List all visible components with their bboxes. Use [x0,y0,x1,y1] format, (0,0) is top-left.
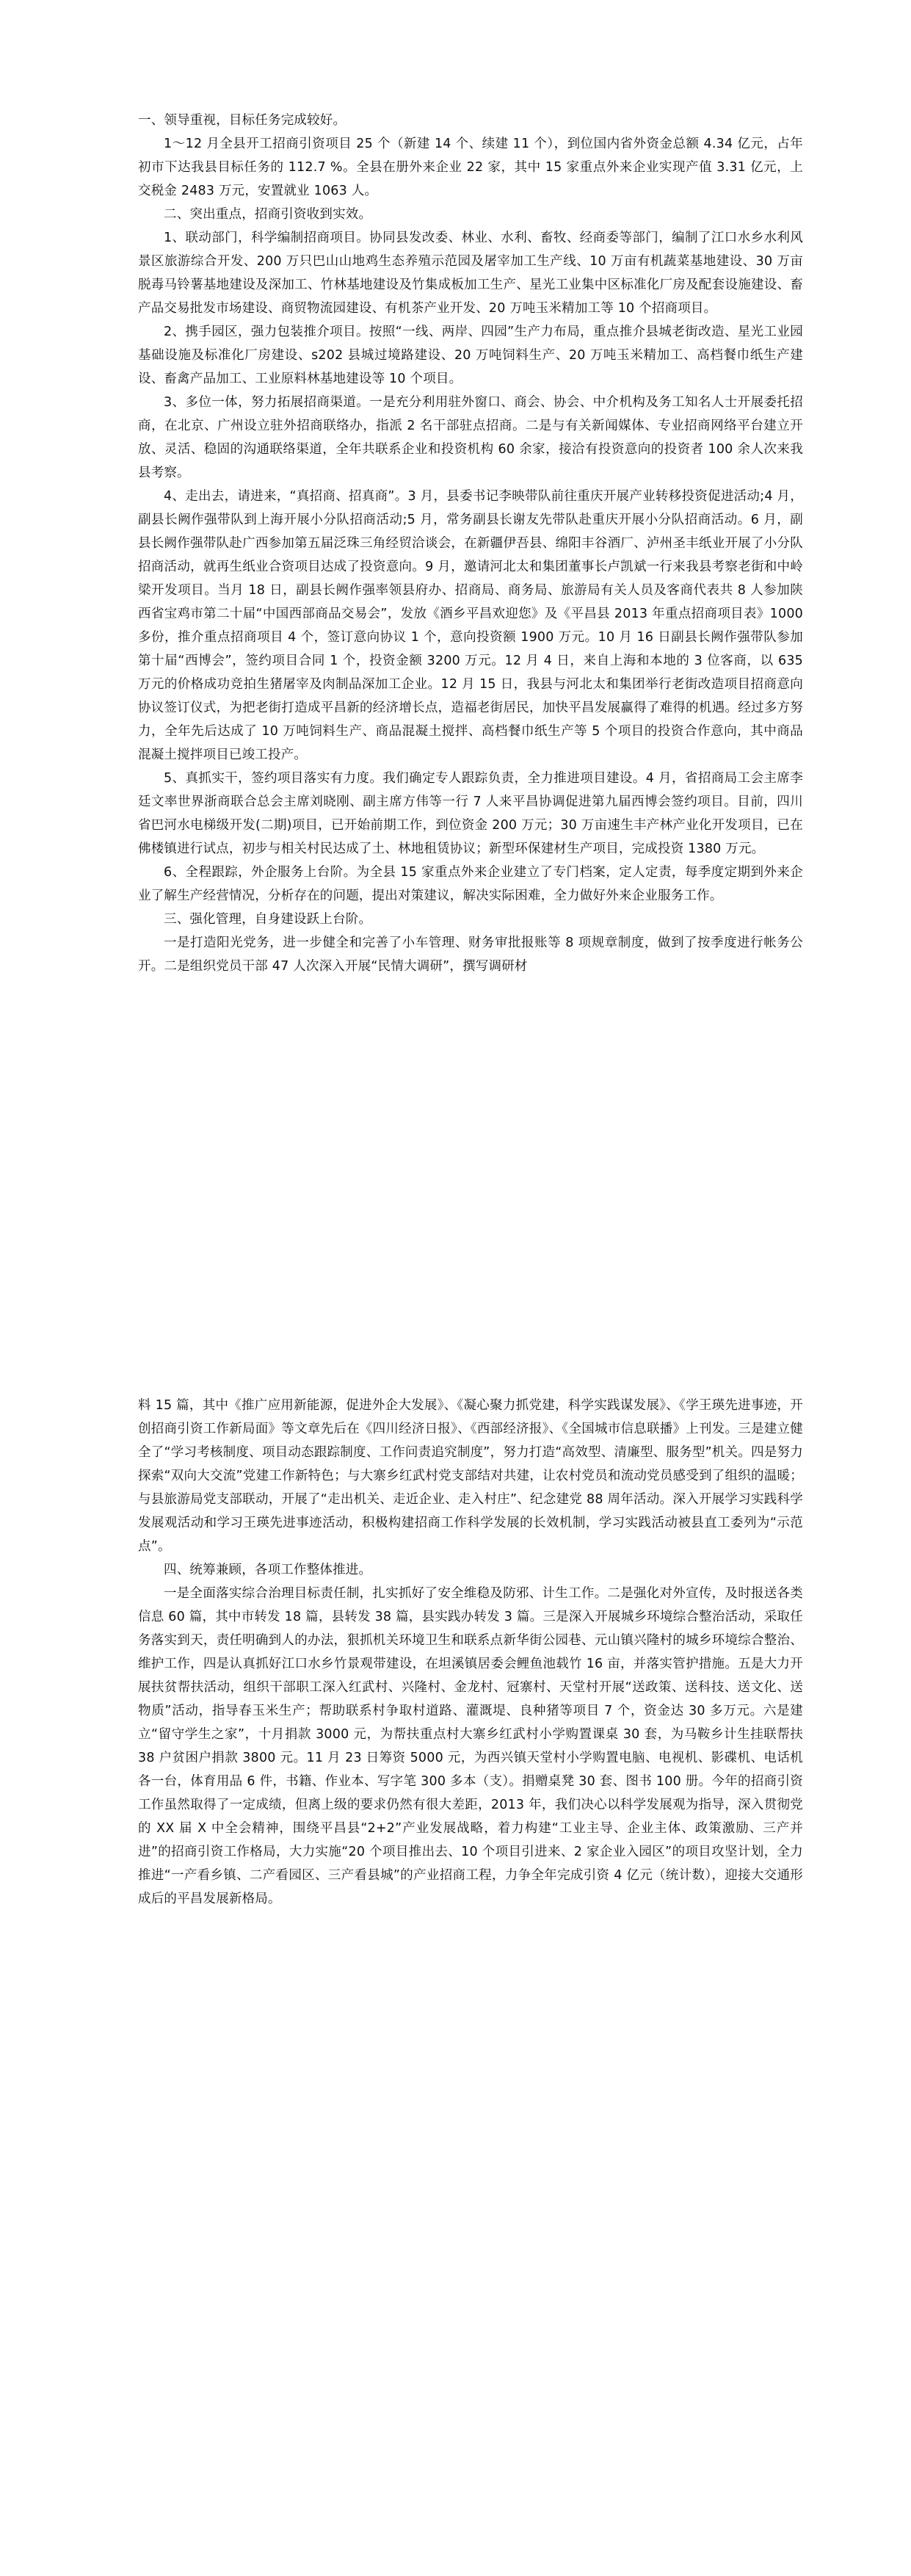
section-heading-3: 三、强化管理，自身建设跃上台阶。 [138,908,803,931]
paragraph: 一是全面落实综合治理目标责任制，扎实抓好了安全维稳及防邪、计生工作。二是强化对外… [138,1582,803,1911]
document-page-1: 一、领导重视，目标任务完成较好。 1～12 月全县开工招商引资项目 25 个（新… [138,109,803,978]
document-page-2: 料 15 篇，其中《推广应用新能源，促进外企大发展》、《凝心聚力抓党建，科学实践… [138,1394,803,1911]
paragraph: 2、携手园区，强力包装推介项目。按照“一线、两岸、四园”生产力布局，重点推介县城… [138,320,803,391]
paragraph: 1～12 月全县开工招商引资项目 25 个（新建 14 个、续建 11 个），到… [138,132,803,203]
paragraph: 4、走出去，请进来，“真招商、招真商”。3 月，县委书记李映带队前往重庆开展产业… [138,485,803,767]
paragraph: 一是打造阳光党务，进一步健全和完善了小车管理、财务审批报账等 8 项规章制度，做… [138,931,803,978]
section-heading-4: 四、统筹兼顾，各项工作整体推进。 [138,1558,803,1582]
paragraph: 料 15 篇，其中《推广应用新能源，促进外企大发展》、《凝心聚力抓党建，科学实践… [138,1394,803,1558]
paragraph: 6、全程跟踪，外企服务上台阶。为全县 15 家重点外来企业建立了专门档案，定人定… [138,861,803,908]
paragraph: 5、真抓实干，签约项目落实有力度。我们确定专人跟踪负责，全力推进项目建设。4 月… [138,767,803,861]
paragraph: 1、联动部门，科学编制招商项目。协同县发改委、林业、水利、畜牧、经商委等部门，编… [138,226,803,320]
paragraph: 3、多位一体，努力拓展招商渠道。一是充分利用驻外窗口、商会、协会、中介机构及务工… [138,391,803,485]
section-heading-1: 一、领导重视，目标任务完成较好。 [138,109,803,132]
section-heading-2: 二、突出重点，招商引资收到实效。 [138,203,803,226]
